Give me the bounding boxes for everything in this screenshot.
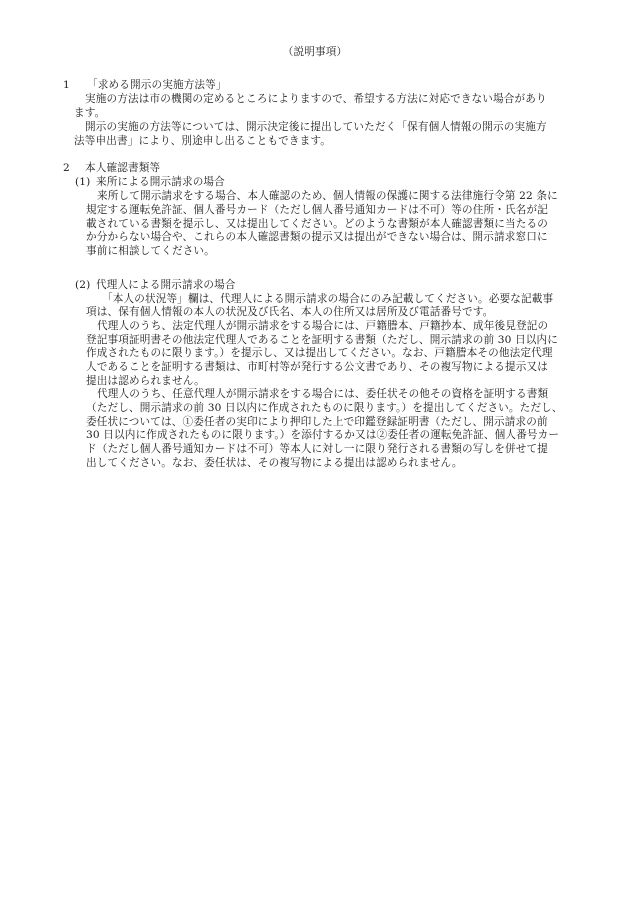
- subsection-2-line: 項は、保有個人情報の本人の状況及び氏名、本人の住所又は居所及び電話番号です。: [86, 306, 493, 319]
- subsection-2-line: 提出は認められません。: [86, 375, 205, 388]
- subsection-2-line: ド（ただし個人番号通知カードは不可）等本人に対し一に限り発行される書類の写しを併…: [86, 443, 548, 456]
- subsection-1-line: 来所して開示請求をする場合、本人確認のため、個人情報の保護に関する法律施行令第 …: [97, 190, 558, 203]
- section-1-paragraph-line: 法等申出書」により、別途申し出ることもできます。: [74, 135, 331, 148]
- subsection-2-line: 委任状については、①委任者の実印により押印した上で印鑑登録証明書（ただし、開示請…: [86, 416, 548, 429]
- subsection-2-line: 出してください。なお、委任状は、その複写物による提出は認められません。: [86, 457, 463, 470]
- section-2-number: 2: [63, 162, 70, 175]
- subsection-1-heading: 来所による開示請求の場合: [96, 176, 225, 189]
- subsection-2-line: 「本人の状況等」欄は、代理人による開示請求の場合にのみ記載してください。必要な記…: [102, 293, 553, 306]
- section-1-heading: 「求める開示の実施方法等」: [87, 79, 227, 92]
- subsection-2-line: （ただし、開示請求の前 30 日以内に作成されたものに限ります。）を提出してくだ…: [86, 402, 563, 415]
- section-1-paragraph-line: 実施の方法は市の機関の定めるところによりますので、希望する方法に対応できない場合…: [85, 93, 547, 106]
- subsection-1-line: 載されている書類を提示し、又は提出してください。どのような書類が本人確認書類に当…: [86, 218, 548, 231]
- section-2-heading: 本人確認書類等: [85, 162, 160, 175]
- section-1-paragraph-line: 開示の実施の方法等については、開示決定後に提出していただく「保有個人情報の開示の…: [85, 121, 547, 134]
- subsection-2-line: 30 日以内に作成されたものに限ります。）を添付するか又は②委任者の運転免許証、…: [86, 429, 559, 442]
- section-1-paragraph-line: ます。: [74, 107, 105, 120]
- subsection-2-line: 代理人のうち、任意代理人が開示請求をする場合には、委任状その他その資格を証明する…: [97, 388, 548, 401]
- section-1-number: 1: [63, 79, 70, 92]
- subsection-2-heading: 代理人による開示請求の場合: [96, 279, 236, 292]
- subsection-1-line: か分からない場合や、これらの本人確認書類の提示又は提出ができない場合は、開示請求…: [86, 231, 548, 244]
- subsection-2-number: (2): [75, 279, 90, 292]
- page-title: （説明事項）: [0, 46, 630, 59]
- subsection-2-line: 作成されたものに限ります。）を提示し、又は提出してください。なお、戸籍謄本その他…: [86, 347, 553, 360]
- subsection-1-line: 事前に相談してください。: [86, 245, 215, 258]
- subsection-2-line: 代理人のうち、法定代理人が開示請求をする場合には、戸籍謄本、戸籍抄本、成年後見登…: [97, 320, 548, 333]
- subsection-2-line: 登記事項証明書その他法定代理人であることを証明する書類（ただし、開示請求の前 3…: [86, 334, 558, 347]
- subsection-2-line: 人であることを証明する書類は、市町村等が発行する公文書であり、その複写物による提…: [86, 361, 548, 374]
- subsection-1-number: (1): [75, 176, 90, 189]
- subsection-1-line: 規定する運転免許証、個人番号カード（ただし個人番号通知カードは不可）等の住所・氏…: [86, 204, 548, 217]
